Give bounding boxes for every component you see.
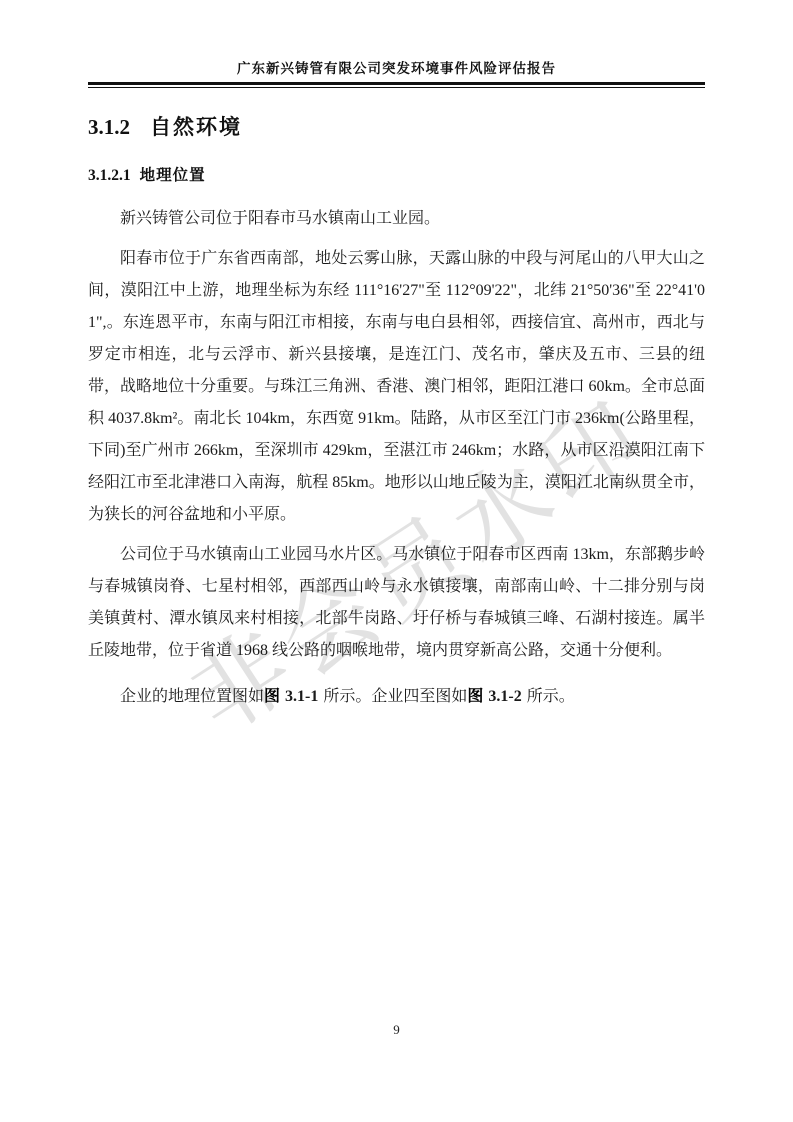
- figure-1-label: 图: [264, 688, 280, 705]
- section-heading: 3.1.2自然环境: [88, 114, 705, 141]
- report-header-title: 广东新兴铸管有限公司突发环境事件风险评估报告: [88, 57, 705, 77]
- figure-ref-text-2: 所示。企业四至图如: [323, 688, 467, 705]
- figure-ref-text-3: 所示。: [527, 688, 575, 705]
- subsection-heading: 3.1.2.1地理位置: [88, 166, 705, 186]
- paragraph-figure-reference: 企业的地理位置图如图3.1-1所示。企业四至图如图3.1-2所示。: [88, 681, 705, 713]
- figure-2-label: 图: [467, 688, 483, 705]
- paragraph-yangchun-city: 阳春市位于广东省西南部，地处云雾山脉，天露山脉的中段与河尾山的八甲大山之间，漠阳…: [88, 243, 705, 531]
- subsection-title: 地理位置: [140, 167, 206, 184]
- page-number: 9: [88, 1022, 705, 1038]
- paragraph-company-location: 新兴铸管公司位于阳春市马水镇南山工业园。: [88, 203, 705, 235]
- header-divider-rule: [88, 82, 705, 88]
- subsection-number: 3.1.2.1: [88, 167, 131, 184]
- section-number: 3.1.2: [88, 115, 130, 139]
- figure-2-number: 3.1-2: [488, 688, 521, 705]
- document-page: 非会员水印 广东新兴铸管有限公司突发环境事件风险评估报告 3.1.2自然环境 3…: [0, 0, 793, 1122]
- figure-1-number: 3.1-1: [285, 688, 318, 705]
- figure-ref-text-1: 企业的地理位置图如: [120, 688, 264, 705]
- section-title: 自然环境: [150, 116, 242, 139]
- page-content: 广东新兴铸管有限公司突发环境事件风险评估报告 3.1.2自然环境 3.1.2.1…: [88, 0, 705, 713]
- paragraph-mashui-town: 公司位于马水镇南山工业园马水片区。马水镇位于阳春市区西南 13km，东部鹅步岭与…: [88, 539, 705, 667]
